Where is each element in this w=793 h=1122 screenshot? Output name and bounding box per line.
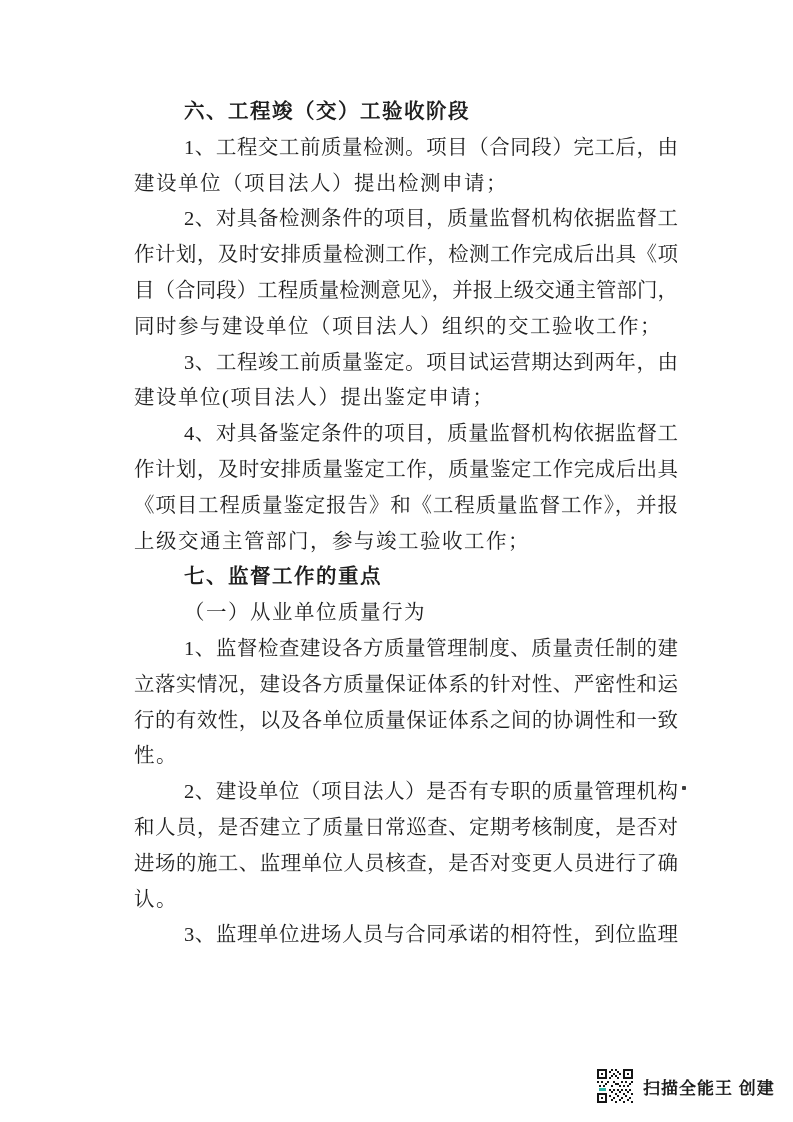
text-line: 行的有效性，以及各单位质量保证体系之间的协调性和一致: [134, 704, 678, 740]
qr-code-icon: [597, 1069, 633, 1103]
text-line: 3、监理单位进场人员与合同承诺的相符性，到位监理: [134, 918, 678, 954]
camscanner-label: 扫描全能王 创建: [643, 1074, 775, 1099]
document-body: 六、工程竣（交）工验收阶段1、工程交工前质量检测。项目（合同段）完工后，由建设单…: [134, 95, 678, 954]
scan-artifact-speck: [682, 786, 686, 790]
text-line: 1、监督检查建设各方质量管理制度、质量责任制的建: [134, 632, 678, 668]
text-line: 作计划，及时安排质量检测工作，检测工作完成后出具《项: [134, 238, 678, 274]
scanned-document-page: 六、工程竣（交）工验收阶段1、工程交工前质量检测。项目（合同段）完工后，由建设单…: [0, 0, 793, 1122]
text-line: （一）从业单位质量行为: [134, 596, 678, 632]
text-line: 六、工程竣（交）工验收阶段: [134, 95, 678, 131]
text-line: 建设单位（项目法人）提出检测申请；: [134, 167, 678, 203]
text-line: 2、建设单位（项目法人）是否有专职的质量管理机构: [134, 775, 678, 811]
camscanner-watermark: 扫描全能王 创建: [597, 1069, 775, 1103]
text-line: 和人员，是否建立了质量日常巡查、定期考核制度，是否对: [134, 811, 678, 847]
text-line: 2、对具备检测条件的项目，质量监督机构依据监督工: [134, 202, 678, 238]
text-line: 立落实情况，建设各方质量保证体系的针对性、严密性和运: [134, 668, 678, 704]
text-line: 4、对具备鉴定条件的项目，质量监督机构依据监督工: [134, 417, 678, 453]
text-line: 进场的施工、监理单位人员核查，是否对变更人员进行了确: [134, 847, 678, 883]
text-line: 认。: [134, 883, 678, 919]
text-line: 同时参与建设单位（项目法人）组织的交工验收工作；: [134, 310, 678, 346]
text-line: 建设单位(项目法人）提出鉴定申请；: [134, 381, 678, 417]
text-line: 1、工程交工前质量检测。项目（合同段）完工后，由: [134, 131, 678, 167]
text-line: 性。: [134, 739, 678, 775]
text-line: 上级交通主管部门，参与竣工验收工作；: [134, 525, 678, 561]
text-line: 3、工程竣工前质量鉴定。项目试运营期达到两年，由: [134, 346, 678, 382]
qr-accent-mark: [599, 1088, 606, 1091]
text-line: 目（合同段）工程质量检测意见》，并报上级交通主管部门，: [134, 274, 678, 310]
text-line: 七、监督工作的重点: [134, 560, 678, 596]
text-line: 作计划，及时安排质量鉴定工作，质量鉴定工作完成后出具: [134, 453, 678, 489]
text-line: 《项目工程质量鉴定报告》和《工程质量监督工作》，并报: [134, 489, 678, 525]
